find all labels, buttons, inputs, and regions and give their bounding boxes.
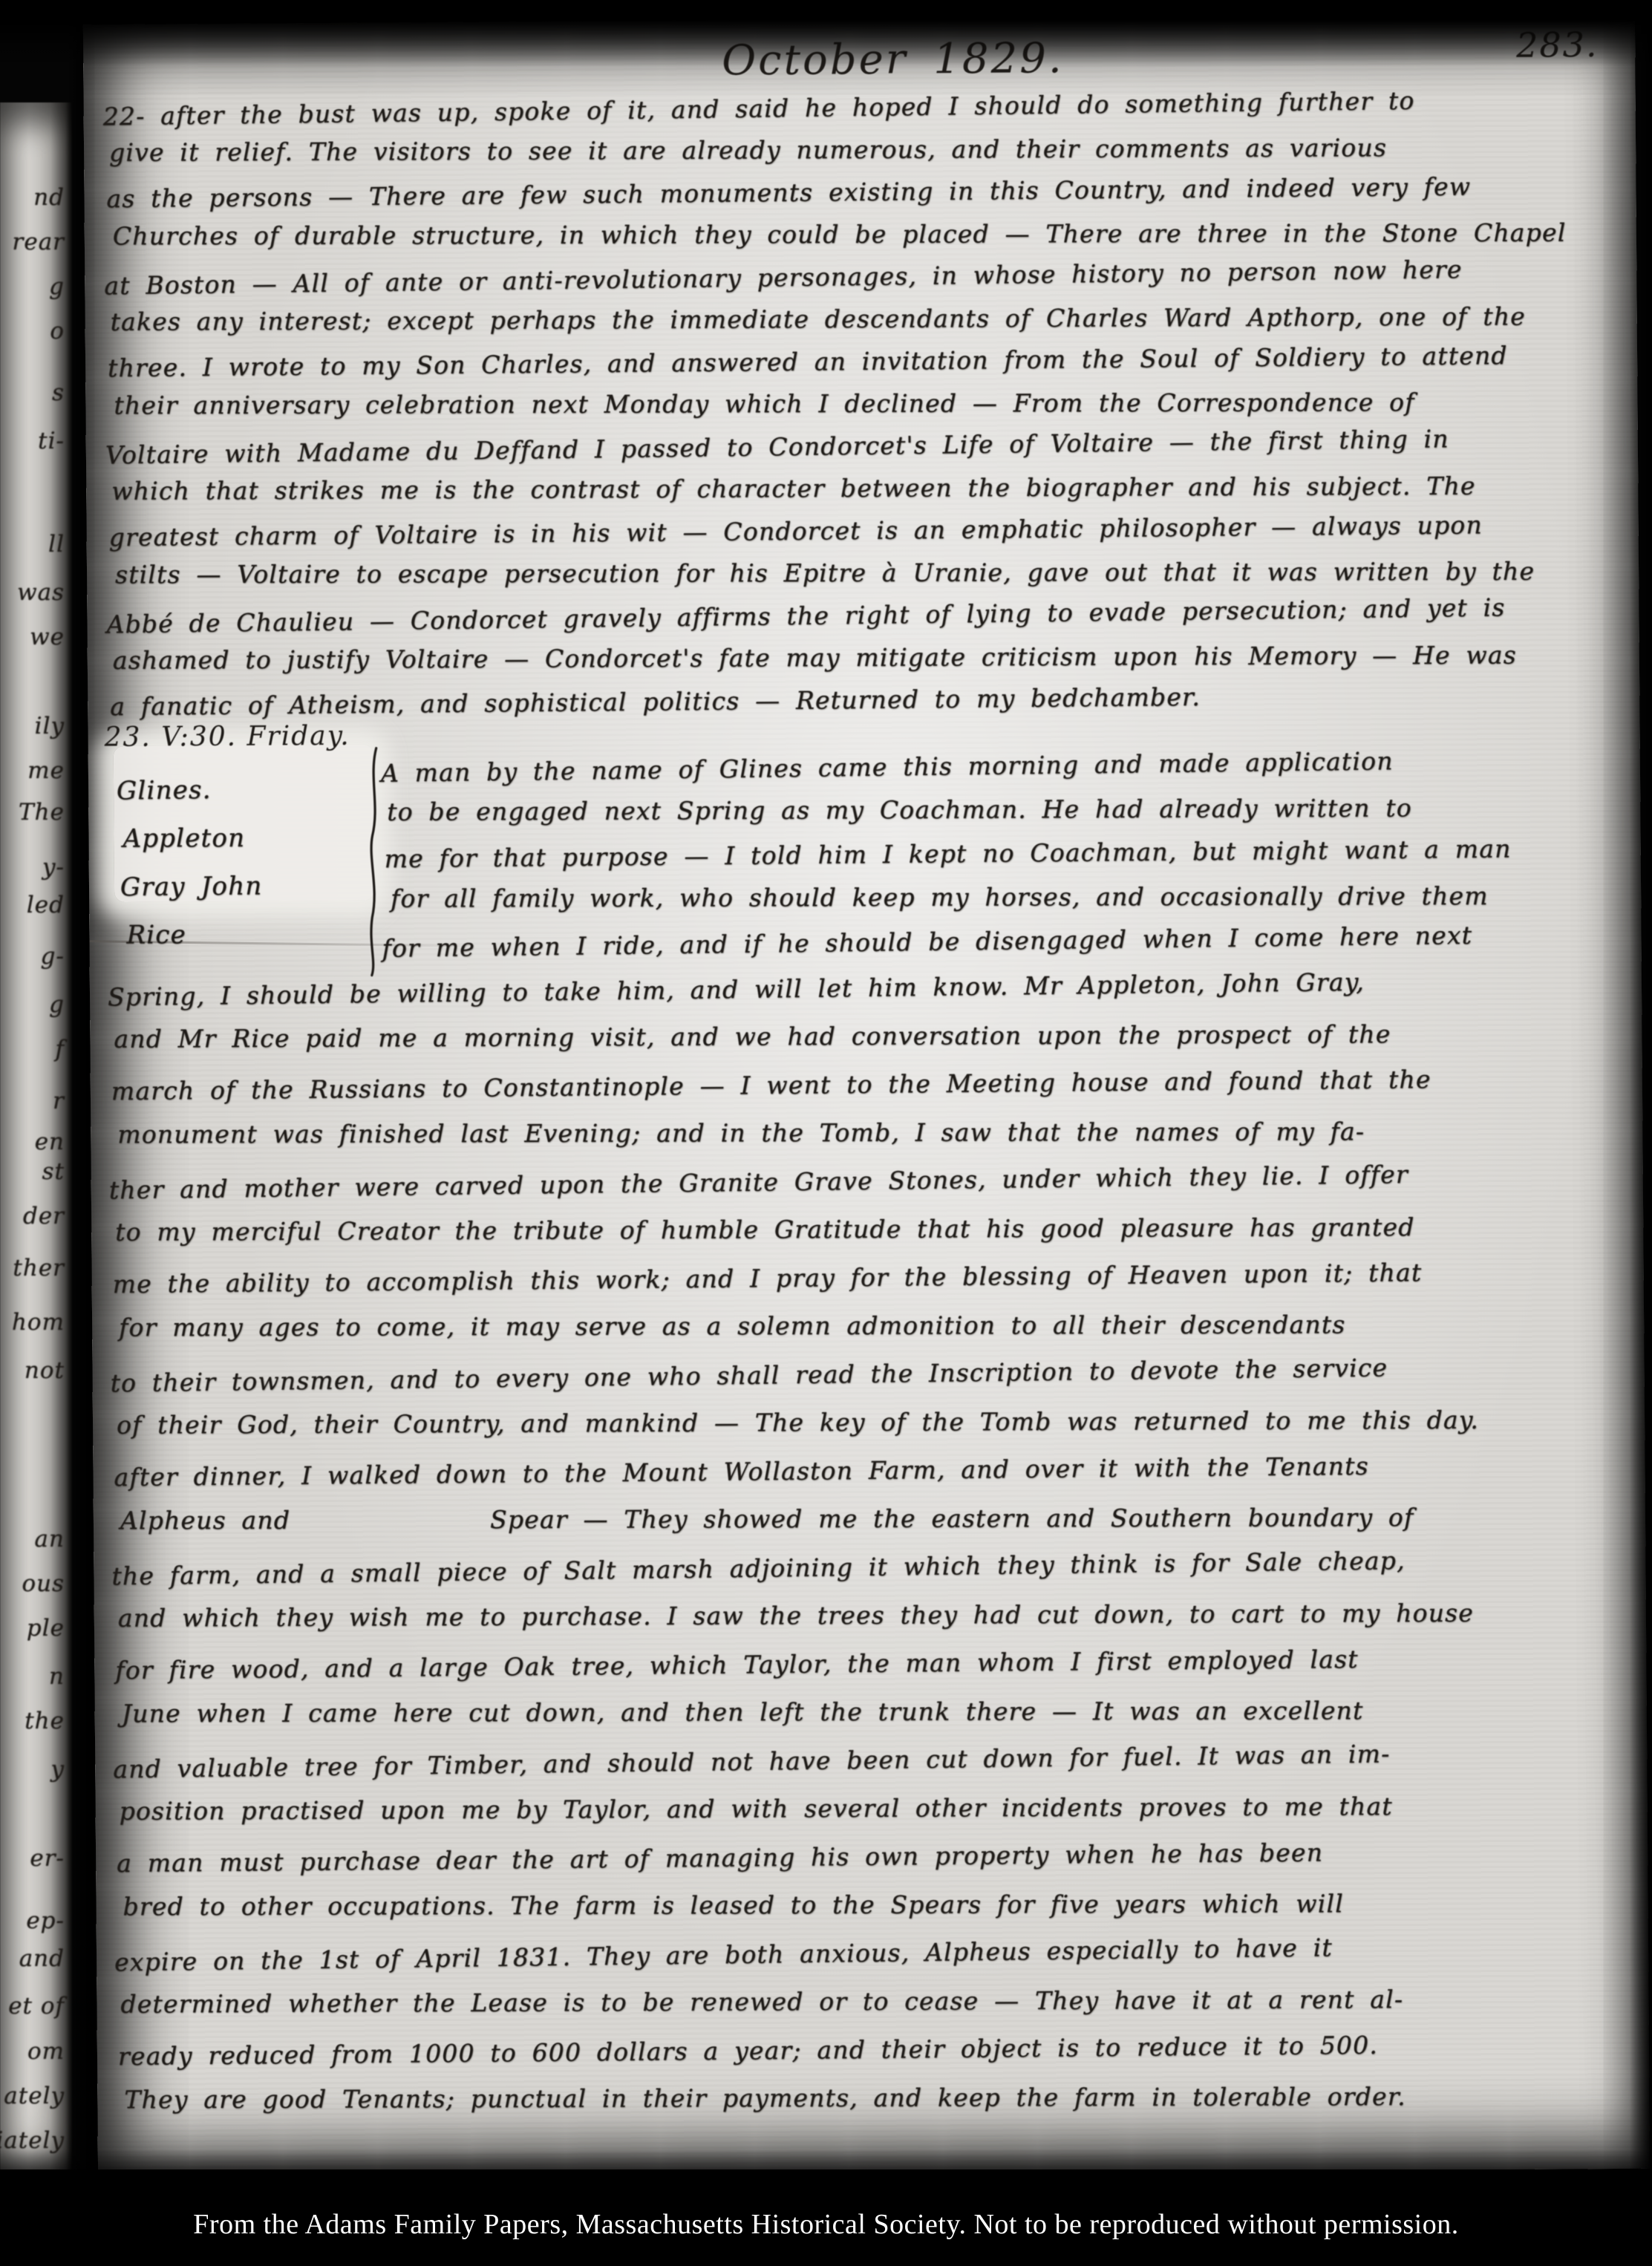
- facing-page-fragment: n: [49, 1663, 65, 1690]
- facing-page-fragment: s: [52, 379, 65, 406]
- facing-page-fragment: f: [56, 1036, 65, 1062]
- manuscript-line: They are good Tenants; punctual in their…: [124, 2071, 1629, 2123]
- caption-bar: From the Adams Family Papers, Massachuse…: [0, 2169, 1652, 2266]
- facing-page-edge: ndreargosti-llwasweilymeThey-ledg-gfrens…: [0, 102, 72, 2183]
- facing-page-fragment: et of: [8, 1993, 65, 2020]
- margin-names: Glines.AppletonGray JohnRice: [120, 766, 263, 960]
- margin-name: Gray John: [120, 862, 263, 912]
- facing-page-fragment: iately: [0, 2127, 65, 2154]
- facing-page-fragment: hom: [12, 1309, 65, 1336]
- facing-page-fragment: ple: [27, 1615, 65, 1642]
- facing-page-fragment: ily: [35, 713, 65, 739]
- facing-page-fragment: nd: [33, 184, 65, 211]
- facing-page-fragment: der: [23, 1203, 65, 1230]
- facing-page-fragment: the: [25, 1708, 65, 1734]
- facing-page-fragment: y: [50, 1756, 65, 1783]
- facing-page-fragment: ately: [4, 2083, 65, 2109]
- margin-name: Appleton: [123, 814, 262, 863]
- manuscript-line: to be engaged next Spring as my Coachman…: [387, 786, 1616, 834]
- facing-page-fragment: y-: [42, 854, 65, 881]
- facing-page-fragment: an: [35, 1526, 65, 1552]
- facing-page-fragment: me: [27, 757, 65, 784]
- facing-page-fragment: led: [27, 892, 65, 918]
- manuscript-line: ready reduced from 1000 to 600 dollars a…: [118, 2019, 1630, 2080]
- facing-page-fragment: g-: [41, 943, 65, 970]
- facing-page-fragment: and: [19, 1945, 65, 1972]
- margin-name: Rice: [126, 911, 263, 959]
- facing-page-fragment: ep-: [26, 1907, 65, 1934]
- facing-page-fragment: o: [50, 318, 65, 345]
- entry-23-heading: 23. V:30. Friday.: [104, 721, 350, 753]
- facing-page-fragment: ous: [22, 1570, 65, 1597]
- facing-page-fragment: The: [19, 799, 65, 826]
- facing-page-fragment: er-: [30, 1845, 65, 1872]
- manuscript-scan: ndreargosti-llwasweilymeThey-ledg-gfrens…: [0, 0, 1652, 2266]
- facing-page-fragment: ther: [13, 1255, 65, 1281]
- facing-page-fragment: ti-: [38, 428, 65, 454]
- archive-caption: From the Adams Family Papers, Massachuse…: [0, 2208, 1652, 2241]
- facing-page-fragment: was: [17, 579, 65, 606]
- facing-page-fragment: not: [25, 1357, 65, 1384]
- facing-page-fragment: om: [27, 2038, 65, 2065]
- manuscript-line: me for that purpose — I told him I kept …: [384, 826, 1616, 881]
- date-heading: October 1829.: [722, 34, 1064, 85]
- manuscript-line: march of the Russians to Constantinople …: [111, 1054, 1623, 1115]
- facing-page-fragment: g: [49, 273, 65, 300]
- diary-page: October 1829. 283. 22- after the bust wa…: [83, 14, 1650, 2180]
- manuscript-line: me the ability to accomplish this work; …: [112, 1247, 1624, 1308]
- facing-page-fragment: en: [35, 1129, 65, 1155]
- facing-page-fragment: r: [53, 1088, 65, 1114]
- entry-23-indented: A man by the name of Glines came this mo…: [384, 739, 1618, 967]
- page-number: 283.: [1516, 25, 1599, 65]
- manuscript-line: for fire wood, and a large Oak tree, whi…: [115, 1633, 1627, 1694]
- manuscript-line: a man must purchase dear the art of mana…: [117, 1826, 1628, 1887]
- facing-page-fragment: ll: [48, 531, 65, 558]
- margin-name: Glines.: [117, 765, 262, 815]
- entry-23-body: Spring, I should be willing to take him,…: [111, 959, 1630, 2127]
- facing-page-fragment: g: [49, 991, 65, 1018]
- manuscript-line: after dinner, I walked down to the Mount…: [114, 1440, 1625, 1501]
- facing-page-fragment: rear: [13, 229, 65, 255]
- facing-page-fragment: st: [42, 1158, 65, 1185]
- facing-page-fragment: we: [30, 624, 65, 650]
- entry-22: 22- after the bust was up, spoke of it, …: [106, 81, 1618, 726]
